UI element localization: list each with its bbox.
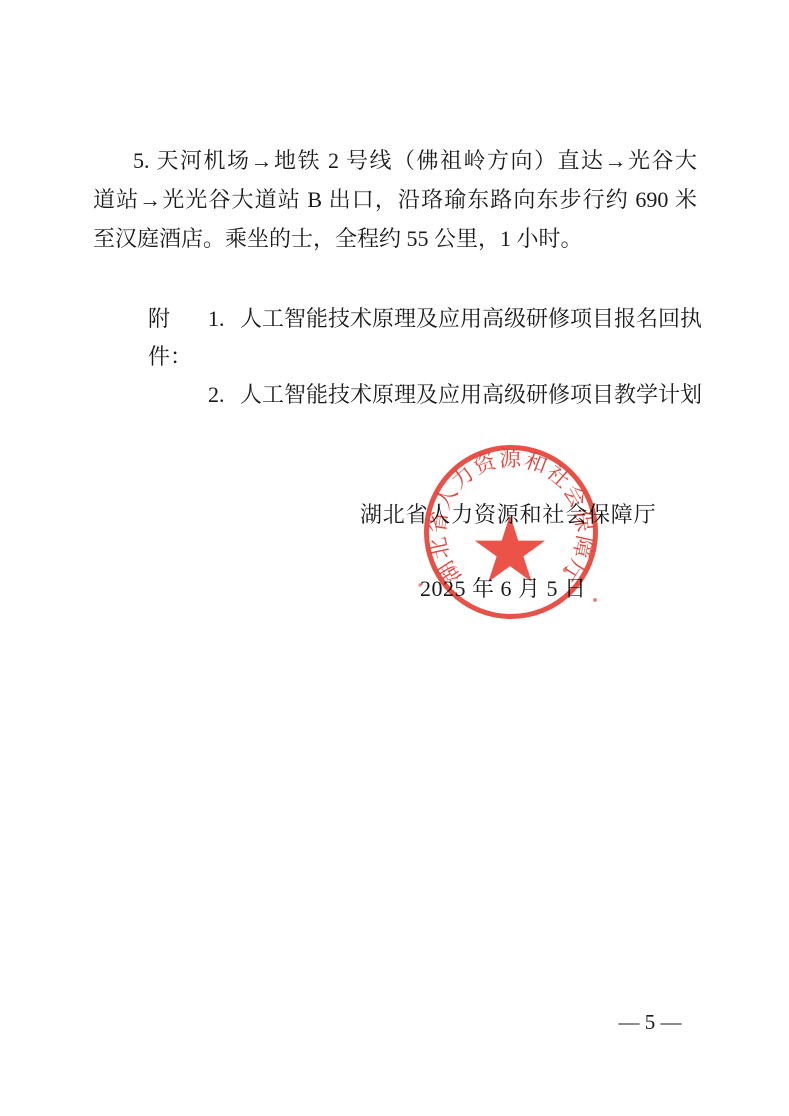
- attachment-1-title: 人工智能技术原理及应用高级研修项目报名回执: [240, 300, 702, 376]
- seal-star-icon: [475, 515, 545, 582]
- attachment-item-2: 2. 人工智能技术原理及应用高级研修项目教学计划: [148, 376, 697, 414]
- paragraph-5-line-3: 至汉庭酒店。乘坐的士，全程约 55 公里，1 小时。: [93, 219, 697, 258]
- document-page: 5. 天河机场→地铁 2 号线（佛祖岭方向）直达→光谷大 道站→光光谷大道站 B…: [0, 0, 789, 1116]
- official-seal: 湖北省人力资源和社会保障厅: [406, 427, 616, 637]
- page-number: — 5 —: [600, 1004, 700, 1040]
- attachment-2-title: 人工智能技术原理及应用高级研修项目教学计划: [240, 376, 702, 414]
- paragraph-5: 5. 天河机场→地铁 2 号线（佛祖岭方向）直达→光谷大 道站→光光谷大道站 B…: [93, 141, 697, 258]
- seal-text-arc: 湖北省人力资源和社会保障厅: [424, 446, 598, 588]
- attachment-item-1: 附件： 1. 人工智能技术原理及应用高级研修项目报名回执: [148, 300, 697, 376]
- paragraph-5-line-1: 5. 天河机场→地铁 2 号线（佛祖岭方向）直达→光谷大: [93, 141, 697, 180]
- attachments-label: 附件：: [148, 300, 208, 376]
- seal-curved-text: 湖北省人力资源和社会保障厅: [424, 446, 598, 588]
- attachment-1-number: 1.: [208, 300, 240, 376]
- attachment-2-number: 2.: [208, 376, 240, 414]
- attachment-2-indent: [148, 376, 208, 414]
- paragraph-5-line-2: 道站→光光谷大道站 B 出口，沿珞瑜东路向东步行约 690 米: [93, 180, 697, 219]
- attachments-block: 附件： 1. 人工智能技术原理及应用高级研修项目报名回执 2. 人工智能技术原理…: [93, 300, 697, 414]
